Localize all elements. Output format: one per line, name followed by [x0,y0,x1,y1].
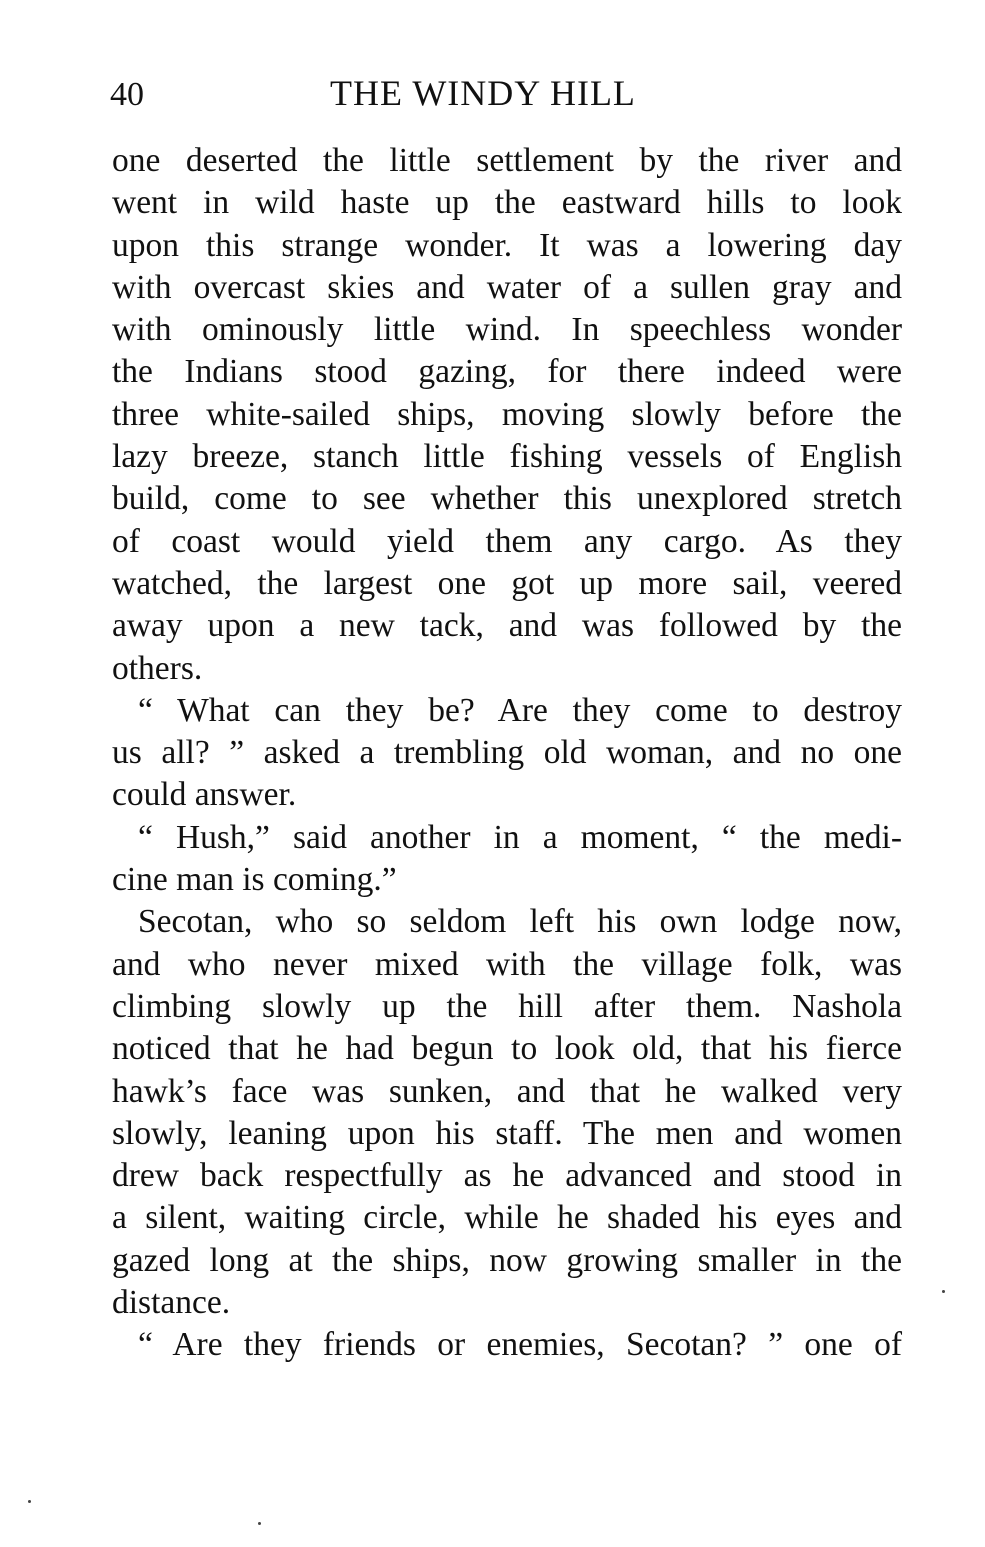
text-line: cine man is coming.” [112,859,902,901]
speck [28,1500,31,1503]
page-number: 40 [110,76,144,114]
text-line: and who never mixed with the village fol… [112,944,902,986]
text-line: away upon a new tack, and was followed b… [112,605,902,647]
text-line: distance. [112,1282,902,1324]
text-line: the Indians stood gazing, for there inde… [112,351,902,393]
text-line: us all? ” asked a trembling old woman, a… [112,732,902,774]
body-text: one deserted the little settlement by th… [112,140,902,1367]
speck [942,1290,945,1293]
text-line: lazy breeze, stanch little fishing vesse… [112,436,902,478]
text-line: noticed that he had begun to look old, t… [112,1028,902,1070]
text-line: Secotan, who so seldom left his own lodg… [112,901,902,943]
text-line: with ominously little wind. In speechles… [112,309,902,351]
text-line: watched, the largest one got up more sai… [112,563,902,605]
text-line: “ What can they be? Are they come to des… [112,690,902,732]
text-line: upon this strange wonder. It was a lower… [112,225,902,267]
book-page: 40 THE WINDY HILL one deserted the littl… [0,0,985,1547]
text-line: others. [112,648,902,690]
running-title: THE WINDY HILL [330,72,636,114]
text-line: drew back respectfully as he advanced an… [112,1155,902,1197]
text-line: gazed long at the ships, now growing sma… [112,1240,902,1282]
text-line: one deserted the little settlement by th… [112,140,902,182]
text-line: could answer. [112,774,902,816]
text-line: “ Are they friends or enemies, Secotan? … [112,1324,902,1366]
text-line: a silent, waiting circle, while he shade… [112,1197,902,1239]
text-line: build, come to see whether this unexplor… [112,478,902,520]
text-line: three white-sailed ships, moving slowly … [112,394,902,436]
text-line: went in wild haste up the eastward hills… [112,182,902,224]
page-header: 40 THE WINDY HILL [110,72,910,122]
text-line: of coast would yield them any cargo. As … [112,521,902,563]
text-line: hawk’s face was sunken, and that he walk… [112,1071,902,1113]
text-line: “ Hush,” said another in a moment, “ the… [112,817,902,859]
text-line: slowly, leaning upon his staff. The men … [112,1113,902,1155]
speck [258,1522,261,1525]
text-line: climbing slowly up the hill after them. … [112,986,902,1028]
text-line: with overcast skies and water of a sulle… [112,267,902,309]
